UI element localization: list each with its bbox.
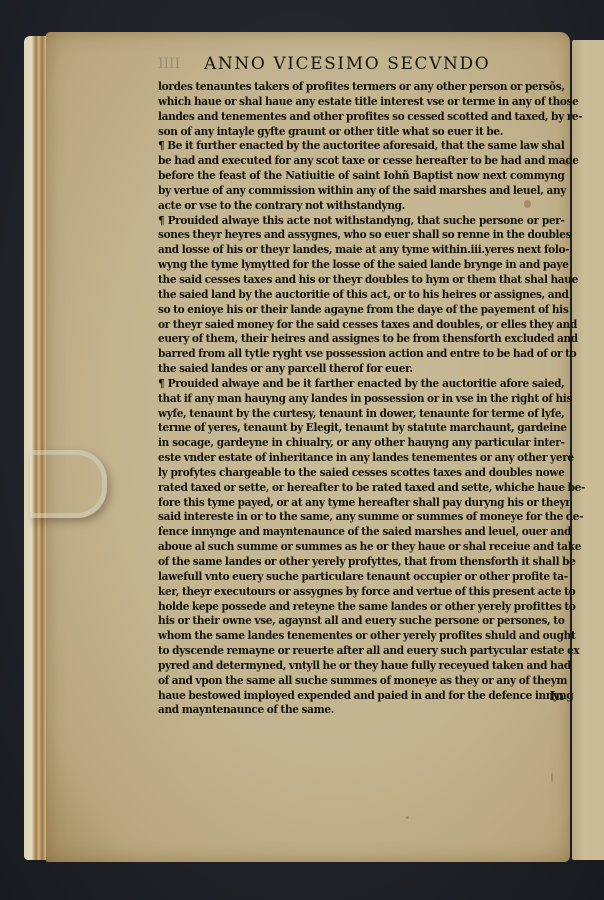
- text-line: wyfe, tenaunt by the curtesy, tenaunt in…: [158, 406, 565, 421]
- text-line: in socage, gardeyne in chiualry, or any …: [158, 435, 565, 450]
- text-line: landes and tenementes and other profites…: [158, 109, 565, 124]
- paragraph-start-line: ¶ Prouided alwaye this acte not withstan…: [158, 213, 565, 228]
- text-line: aboue al such summe or summes as he or t…: [158, 539, 565, 554]
- text-line: acte or vse to the contrary not withstan…: [158, 198, 565, 213]
- text-line: of and vpon the same all suche summes of…: [158, 673, 565, 688]
- text-line: son of any intayle gyfte graunt or other…: [158, 124, 565, 139]
- text-line: sones theyr heyres and assygnes, who so …: [158, 227, 565, 242]
- text-line: este vnder estate of inheritance in any …: [158, 450, 565, 465]
- text-line: euery of them, their heires and assignes…: [158, 331, 565, 346]
- page-text: IIII ANNO VICESIMO SECVNDO lordes tenaun…: [158, 52, 566, 717]
- text-line: so to enioye his or their lande agayne f…: [158, 302, 565, 317]
- catchword: In: [550, 689, 564, 703]
- text-line: rated taxed or sette, or hereafter to be…: [158, 480, 565, 495]
- text-line: be had and executed for any scot taxe or…: [158, 153, 565, 168]
- text-line: pyred and determyned, vntyll he or they …: [158, 658, 565, 673]
- text-line: the saied landes or any parcell therof f…: [158, 361, 565, 376]
- text-line: and losse of his or theyr landes, maie a…: [158, 242, 565, 257]
- text-line: or theyr saied money for the said cesses…: [158, 317, 565, 332]
- paragraph-start-line: ¶ Be it further enacted by the auctorite…: [158, 138, 565, 153]
- text-line: ly profytes chargeable to the saied cess…: [158, 465, 565, 480]
- text-line: before the feast of the Natiuitie of sai…: [158, 168, 565, 183]
- text-line: fore this tyme payed, or at any tyme her…: [158, 495, 565, 510]
- text-line: by vertue of any commission within any o…: [158, 183, 565, 198]
- text-line: of the same landes or other yerely profy…: [158, 554, 565, 569]
- text-line: barred from all tytle ryght vse possessi…: [158, 346, 565, 361]
- text-line: haue bestowed imployed expended and paie…: [158, 688, 565, 703]
- text-line: said intereste in or to the same, any su…: [158, 509, 565, 524]
- text-line: the saied land by the auctoritie of this…: [158, 287, 565, 302]
- text-line: holde kepe possede and reteyne the same …: [158, 599, 565, 614]
- text-lines: lordes tenauntes takers of profites term…: [158, 79, 566, 717]
- running-title: ANNO VICESIMO SECVNDO: [204, 54, 490, 74]
- text-line: ker, theyr executours or assygnes by for…: [158, 584, 565, 599]
- text-line: whom the same landes tenementes or other…: [158, 628, 565, 643]
- text-line: and mayntenaunce of the same.: [158, 702, 565, 717]
- text-line: lawefull vnto euery suche particulare te…: [158, 569, 565, 584]
- text-line: which haue or shal haue any estate title…: [158, 94, 565, 109]
- paper-stain: [406, 816, 409, 819]
- paper-stain: [551, 772, 553, 782]
- text-line: that if any man hauyng any landes in pos…: [158, 391, 565, 406]
- text-line: his or their owne vse, agaynst all and e…: [158, 613, 565, 628]
- folio-number: IIII: [158, 56, 180, 72]
- text-line: terme of yeres, tenaunt by Elegit, tenau…: [158, 420, 565, 435]
- page-clip: [30, 450, 107, 518]
- text-line: fence innynge and mayntenaunce of the sa…: [158, 524, 565, 539]
- text-line: to dyscende remayne or reuerte after all…: [158, 643, 565, 658]
- text-line: wyng the tyme lymytted for the losse of …: [158, 257, 565, 272]
- paragraph-start-line: ¶ Prouided alwaye and be it farther enac…: [158, 376, 565, 391]
- text-line: lordes tenauntes takers of profites term…: [158, 79, 565, 94]
- text-line: the said cesses taxes and his or theyr d…: [158, 272, 565, 287]
- running-head: IIII ANNO VICESIMO SECVNDO: [158, 52, 566, 78]
